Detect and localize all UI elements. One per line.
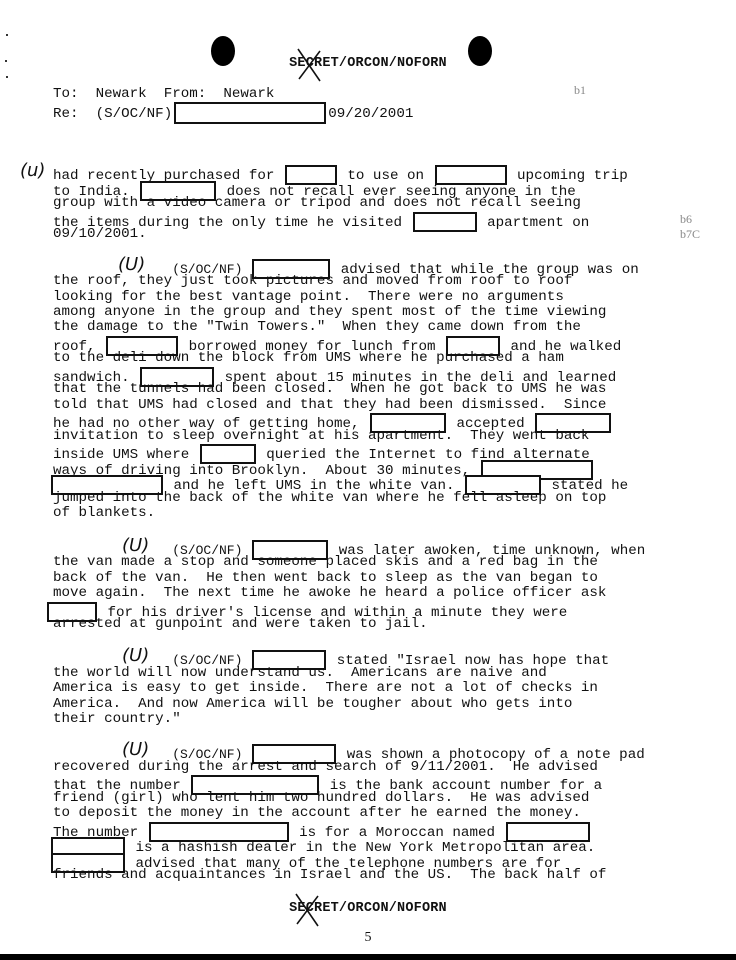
paragraph-2-line-9: that the tunnels had been closed. When h… xyxy=(53,382,606,397)
paragraph-3-line-4: move again. The next time he awoke he he… xyxy=(53,586,606,601)
exemption-code-b1: b1 xyxy=(574,83,586,98)
paragraph-2-line-7: to the deli down the block from UMS wher… xyxy=(53,351,564,366)
paragraph-5-line-2: recovered during the arrest and search o… xyxy=(53,760,598,775)
scan-border-bottom xyxy=(0,954,736,960)
classification-header: SECRET/ORCON/NOFORN xyxy=(0,56,736,71)
paragraph-1-line-5: 09/10/2001. xyxy=(53,227,147,242)
paragraph-5-line-4: friend (girl) who lent him two hundred d… xyxy=(53,791,589,806)
exemption-code-b6: b6 xyxy=(680,212,692,227)
from-label: From: xyxy=(164,86,207,102)
exemption-code-b7c: b7C xyxy=(680,227,700,242)
paragraph-5-line-5: to deposit the money in the account afte… xyxy=(53,806,581,821)
paragraph-1-line-3: group with a video camera or tripod and … xyxy=(53,196,581,211)
paragraph-5-line-9: friends and acquaintances in Israel and … xyxy=(53,868,606,883)
re-line: Re: (S/OC/NF)09/20/2001 xyxy=(53,102,413,124)
classification-footer-text: SECRET/ORCON/NOFORN xyxy=(289,901,447,916)
to-value: Newark xyxy=(96,86,147,102)
redaction-box xyxy=(174,102,326,124)
document-page: SECRET/ORCON/NOFORN b1 b6 b7C To: Newark… xyxy=(0,0,736,960)
paragraph-2-line-3: looking for the best vantage point. Ther… xyxy=(53,290,564,305)
paragraph-3-line-6: arrested at gunpoint and were taken to j… xyxy=(53,617,428,632)
paragraph-2-line-12: invitation to sleep overnight at his apa… xyxy=(53,429,589,444)
paragraph-4-line-4: America. And now America will be tougher… xyxy=(53,697,572,712)
to-from-line: To: Newark From: Newark xyxy=(53,87,274,102)
paragraph-2-line-10: told that UMS had closed and that they h… xyxy=(53,398,606,413)
page-number: 5 xyxy=(0,930,736,946)
handwritten-u-marking: (u) xyxy=(20,160,45,181)
scan-speck xyxy=(6,76,8,78)
scan-speck xyxy=(6,34,8,36)
paragraph-3-line-3: back of the van. He then went back to sl… xyxy=(53,571,598,586)
classification-footer: SECRET/ORCON/NOFORN xyxy=(0,901,736,916)
re-label: Re: xyxy=(53,106,79,122)
paragraph-4-line-3: America is easy to get inside. There are… xyxy=(53,681,598,696)
to-label: To: xyxy=(53,86,79,102)
paragraph-2-line-17: of blankets. xyxy=(53,506,155,521)
paragraph-4-line-5: their country." xyxy=(53,712,181,727)
classification-header-text: SECRET/ORCON/NOFORN xyxy=(289,56,447,71)
paragraph-4-line-2: the world will now understand us. Americ… xyxy=(53,666,547,681)
re-date: 09/20/2001 xyxy=(328,106,413,122)
paragraph-2-line-5: the damage to the "Twin Towers." When th… xyxy=(53,320,581,335)
redaction-box xyxy=(413,212,477,232)
paragraph-2-line-4: among anyone in the group and they spent… xyxy=(53,305,606,320)
paragraph-2-line-16: jumped into the back of the white van wh… xyxy=(53,491,606,506)
paragraph-3-line-2: the van made a stop and someone placed s… xyxy=(53,555,598,570)
re-classification-tag: (S/OC/NF) xyxy=(96,106,173,122)
paragraph-2-line-2: the roof, they just took pictures and mo… xyxy=(53,274,572,289)
from-value: Newark xyxy=(223,86,274,102)
